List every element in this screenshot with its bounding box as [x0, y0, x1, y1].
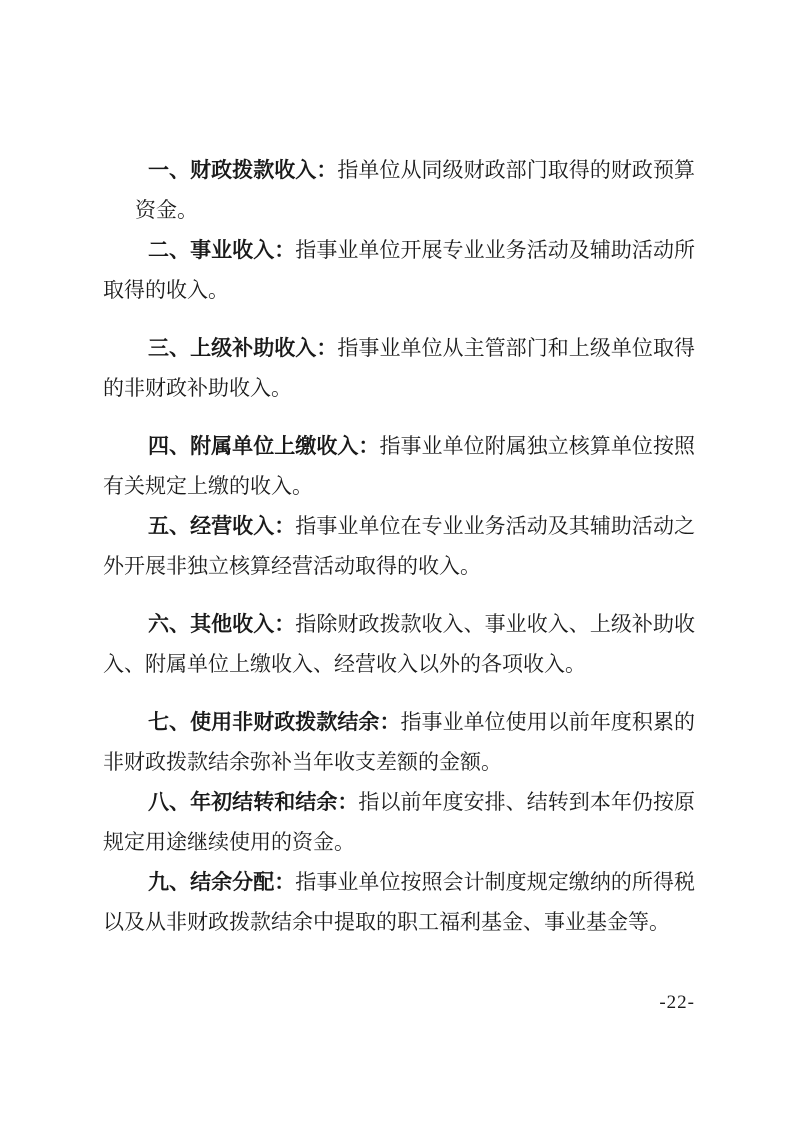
definition-paragraph: 七、使用非财政拨款结余：指事业单位使用以前年度积累的非财政拨款结余弥补当年收支差… — [103, 702, 695, 782]
definition-paragraph: 二、事业收入：指事业单位开展专业业务活动及辅助活动所取得的收入。 — [103, 230, 695, 310]
term-label: 一、财政拨款收入： — [148, 158, 337, 182]
document-page: 一、财政拨款收入：指单位从同级财政部门取得的财政预算资金。 二、事业收入：指事业… — [0, 0, 793, 1122]
term-label: 四、附属单位上缴收入： — [148, 434, 379, 458]
definition-paragraph: 四、附属单位上缴收入：指事业单位附属独立核算单位按照有关规定上缴的收入。 — [103, 426, 695, 506]
definition-paragraph: 九、结余分配：指事业单位按照会计制度规定缴纳的所得税以及从非财政拨款结余中提取的… — [103, 862, 695, 942]
term-label: 二、事业收入： — [148, 238, 295, 262]
definition-paragraph: 一、财政拨款收入：指单位从同级财政部门取得的财政预算资金。 — [103, 150, 695, 230]
term-label: 六、其他收入： — [148, 612, 295, 636]
definition-paragraph: 三、上级补助收入：指事业单位从主管部门和上级单位取得的非财政补助收入。 — [103, 328, 695, 408]
definition-paragraph: 八、年初结转和结余：指以前年度安排、结转到本年仍按原规定用途继续使用的资金。 — [103, 782, 695, 862]
term-label: 八、年初结转和结余： — [148, 790, 358, 814]
definition-paragraph: 五、经营收入：指事业单位在专业业务活动及其辅助活动之外开展非独立核算经营活动取得… — [103, 506, 695, 586]
page-number: -22- — [103, 992, 695, 1014]
term-label: 五、经营收入： — [148, 514, 295, 538]
definition-paragraph: 六、其他收入：指除财政拨款收入、事业收入、上级补助收入、附属单位上缴收入、经营收… — [103, 604, 695, 684]
document-body: 一、财政拨款收入：指单位从同级财政部门取得的财政预算资金。 二、事业收入：指事业… — [103, 150, 695, 942]
term-label: 九、结余分配： — [148, 870, 295, 894]
term-label: 三、上级补助收入： — [148, 336, 337, 360]
term-label: 七、使用非财政拨款结余： — [148, 710, 400, 734]
